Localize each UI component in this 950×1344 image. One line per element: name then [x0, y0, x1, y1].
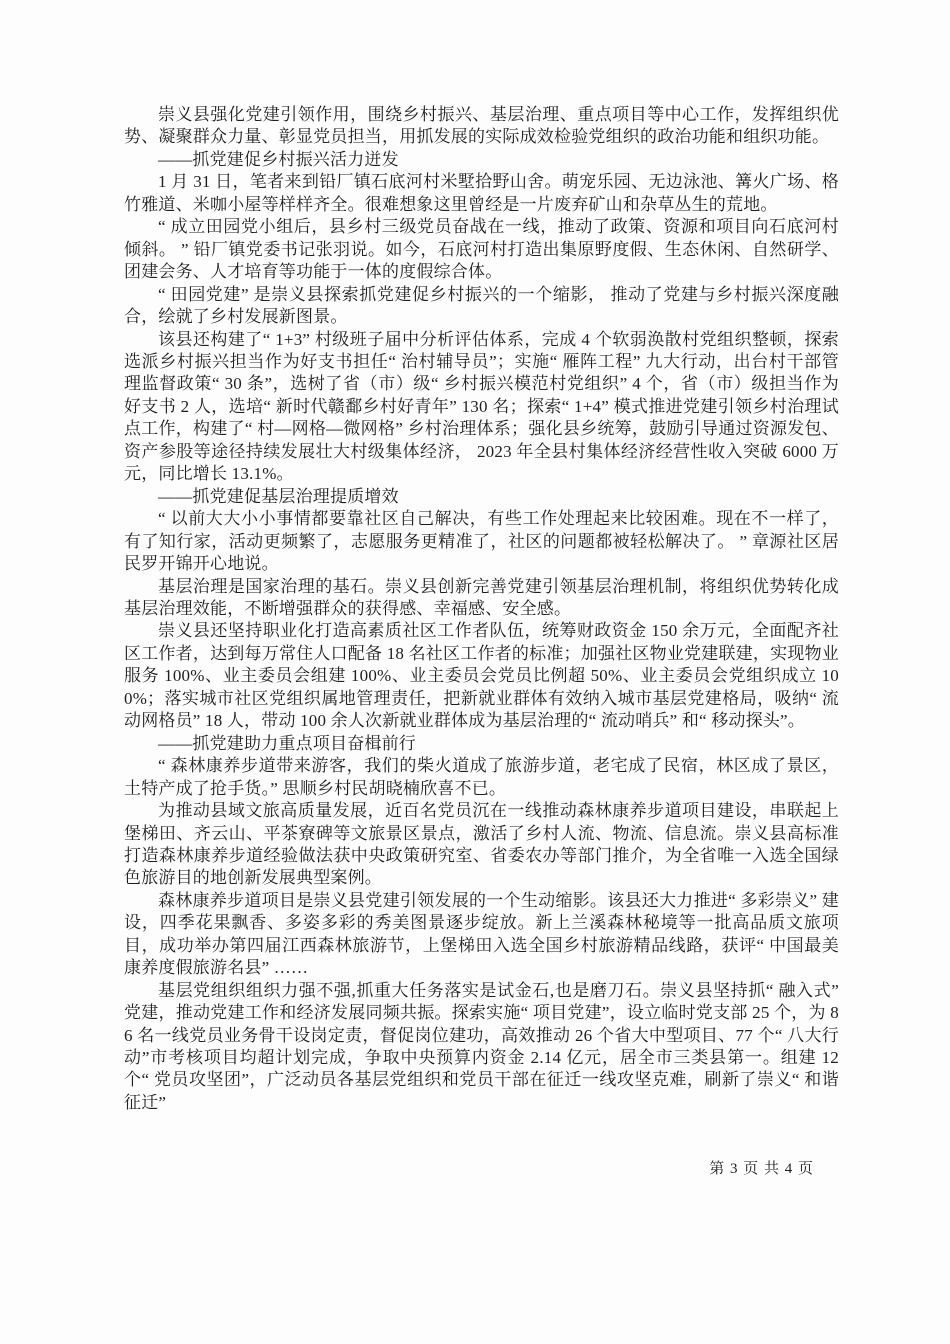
document-page: 崇义县强化党建引领作用，围绕乡村振兴、基层治理、重点项目等中心工作，发挥组织优势…	[0, 0, 950, 1344]
section-heading-rural-revitalization: ——抓党建促乡村振兴活力迸发	[124, 149, 839, 171]
paragraph: “ 森林康养步道带来游客，我们的柴火道成了旅游步道，老宅成了民宿，林区成了景区，…	[124, 755, 839, 800]
section-heading-grassroots-governance: ——抓党建促基层治理提质增效	[124, 486, 839, 508]
paragraph: 基层治理是国家治理的基石。崇义县创新完善党建引领基层治理机制，将组织优势转化成基…	[124, 576, 839, 621]
paragraph: “ 田园党建” 是崇义县探索抓党建促乡村振兴的一个缩影， 推动了党建与乡村振兴深…	[124, 284, 839, 329]
document-body: 崇义县强化党建引领作用，围绕乡村振兴、基层治理、重点项目等中心工作，发挥组织优势…	[124, 104, 839, 1114]
paragraph: “ 以前大大小小事情都要靠社区自己解决，有些工作处理起来比较困难。现在不一样了，…	[124, 508, 839, 575]
paragraph-intro: 崇义县强化党建引领作用，围绕乡村振兴、基层治理、重点项目等中心工作，发挥组织优势…	[124, 104, 839, 149]
paragraph: 森林康养步道项目是崇义县党建引领发展的一个生动缩影。该县还大力推进“ 多彩崇义”…	[124, 890, 839, 980]
paragraph: 为推动县域文旅高质量发展，近百名党员沉在一线推动森林康养步道项目建设，串联起上堡…	[124, 800, 839, 890]
page-footer: 第 3 页 共 4 页	[124, 1157, 814, 1178]
page-number: 第 3 页 共 4 页	[709, 1161, 814, 1177]
paragraph: 崇义县还坚持职业化打造高素质社区工作者队伍，统筹财政资金 150 余万元，全面配…	[124, 620, 839, 732]
paragraph: 该县还构建了“ 1+3” 村级班子届中分析评估体系，完成 4 个软弱涣散村党组织…	[124, 329, 839, 486]
paragraph: 1 月 31 日，笔者来到铅厂镇石底河村米墅拾野山舍。萌宠乐园、无边泳池、篝火广…	[124, 171, 839, 216]
section-heading-key-projects: ——抓党建助力重点项目奋楫前行	[124, 733, 839, 755]
paragraph: “ 成立田园党小组后，县乡村三级党员奋战在一线，推动了政策、资源和项目向石底河村…	[124, 216, 839, 283]
paragraph: 基层党组织组织力强不强,抓重大任务落实是试金石,也是磨刀石。崇义县坚持抓“ 融入…	[124, 980, 839, 1115]
